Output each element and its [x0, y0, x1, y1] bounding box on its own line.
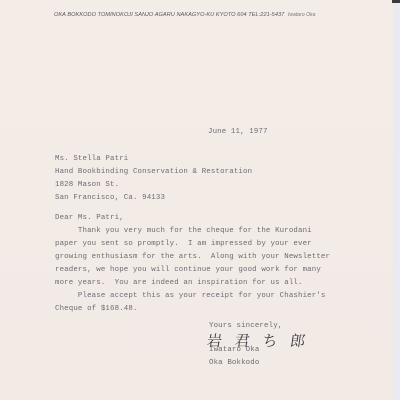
letter-body: Thank you very much for the cheque for t…	[55, 225, 330, 316]
body-line: Please accept this as your receipt for y…	[55, 290, 330, 303]
signer-name: Iwataro Oka	[209, 344, 259, 357]
scan-edge	[393, 0, 400, 400]
letterhead-name: Iwataro Oka	[288, 12, 316, 18]
letter-date: June 11, 1977	[208, 126, 268, 139]
signer-company: Oka Bokkodo	[209, 357, 259, 370]
scan-corner-mark	[392, 0, 400, 3]
body-line: more years. You are indeed an inspiratio…	[55, 277, 330, 290]
recipient-organization: Hand Bookbinding Conservation & Restorat…	[55, 166, 252, 179]
body-line: paper you sent so promptly. I am impress…	[55, 238, 330, 251]
body-line: Cheque of $168.48.	[55, 303, 330, 316]
recipient-name: Ms. Stella Patri	[55, 153, 252, 166]
recipient-city: San Francisco, Ca. 94133	[55, 192, 252, 205]
signer-block: Iwataro OkaOka Bokkodo	[209, 344, 259, 370]
recipient-address: Ms. Stella PatriHand Bookbinding Conserv…	[55, 153, 252, 205]
letterhead-address: OKA BOKKODO TOMINOKOJI SANJO AGARU NAKAG…	[54, 12, 284, 18]
body-line: Thank you very much for the cheque for t…	[55, 225, 330, 238]
recipient-street: 1828 Mason St.	[55, 179, 252, 192]
body-line: growing enthusiasm for the arts. Along w…	[55, 251, 330, 264]
letterhead: OKA BOKKODO TOMINOKOJI SANJO AGARU NAKAG…	[54, 12, 315, 18]
body-line: readers, we hope you will continue your …	[55, 264, 330, 277]
salutation: Dear Ms. Patri,	[55, 212, 124, 225]
